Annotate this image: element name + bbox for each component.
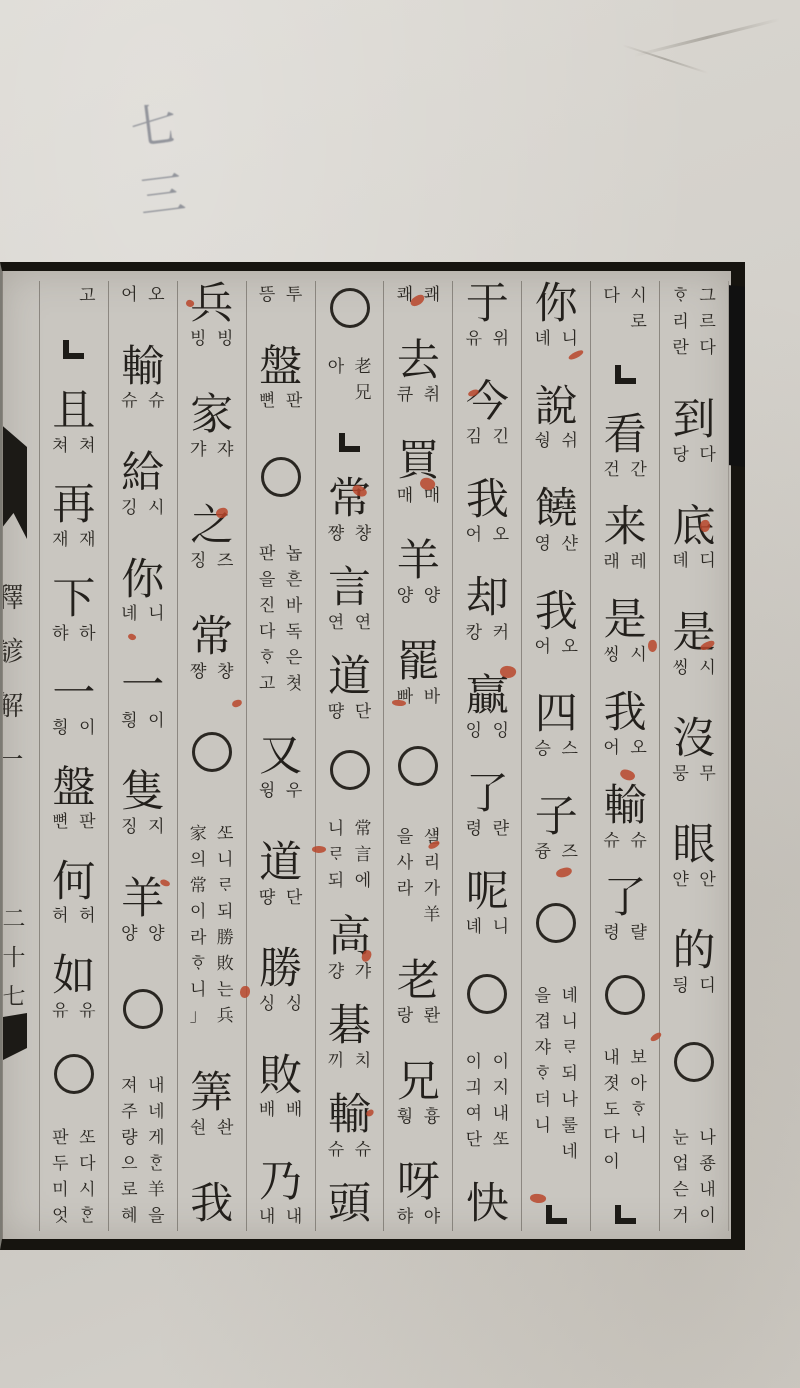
translation-char: 슨: [667, 1177, 694, 1203]
hanja-char: 高: [328, 916, 371, 960]
translation-char: ᄯᅩ: [74, 1125, 101, 1151]
translation-row: 니常: [323, 816, 377, 842]
hanja-unit: 再재재: [47, 484, 101, 552]
gloss-char: 령: [598, 921, 625, 945]
translation-row: 미시: [47, 1177, 101, 1203]
hanja-unit: 呢녜니: [460, 871, 514, 939]
translation-row: 졋아: [598, 1071, 652, 1097]
pronunciation-gloss-pair: 양양: [116, 922, 170, 946]
translation-char: 겹: [529, 1009, 556, 1035]
translation-char: 言: [350, 842, 377, 868]
translation-row: 이이: [460, 1049, 514, 1075]
translation-row: 다시: [598, 283, 652, 309]
hanja-char: 羊: [121, 878, 164, 922]
translation-row: 라가: [391, 876, 445, 902]
translation-row: 라勝: [185, 925, 239, 951]
pronunciation-gloss-pair: 연연: [323, 611, 377, 635]
gloss-char: 슈: [598, 829, 625, 853]
translation-char: 내: [143, 1073, 170, 1099]
hanja-unit: 看건간: [598, 414, 652, 482]
translation-char: 사: [391, 850, 418, 876]
translation-char: 되: [556, 1061, 583, 1087]
hanja-char: 一: [121, 665, 164, 709]
pronunciation-gloss-pair: 김긴: [460, 425, 514, 449]
quote-close-mark: [63, 340, 84, 359]
gloss-char: 스: [556, 737, 583, 761]
gloss-char: 끼: [323, 1049, 350, 1073]
hanja-unit: 下햐하: [47, 578, 101, 646]
translation-char: 더: [529, 1087, 556, 1113]
translation-char: 을: [254, 567, 281, 593]
gloss-char: 양: [418, 584, 445, 608]
translation-row: 다독: [254, 619, 308, 645]
gloss-char: 캉: [460, 621, 487, 645]
hanja-char: 我: [466, 479, 509, 523]
circle-marker: [330, 750, 370, 790]
pronunciation-gloss-pair: 걍갸: [323, 960, 377, 984]
translation-char: ᄅᆞ: [556, 1035, 583, 1061]
hanja-char: 到: [673, 399, 716, 443]
gloss-char: 어: [460, 523, 487, 547]
translation-row: 긔지: [460, 1075, 514, 1101]
translation-char: 업: [667, 1151, 694, 1177]
gloss-char: 오: [556, 635, 583, 659]
gloss-char: 큐: [391, 383, 418, 407]
hanja-char: 羊: [397, 540, 440, 584]
gloss-char: 양: [143, 922, 170, 946]
gloss-char: 다: [694, 443, 721, 467]
translation-char: [625, 1149, 652, 1175]
pronunciation-gloss-pair: 숸솬: [185, 1116, 239, 1140]
gloss-char: 슈: [116, 389, 143, 413]
gloss-char: 싱: [254, 992, 281, 1016]
pronunciation-gloss-pair: 뭉무: [667, 762, 721, 786]
margin-char: 七: [3, 977, 26, 1016]
gloss-char: 뜽: [254, 283, 281, 307]
pronunciation-gloss-pair: 녜니: [460, 915, 514, 939]
gloss-char: 판: [281, 389, 308, 413]
translation-char: 니: [323, 816, 350, 842]
gloss-char: 판: [74, 810, 101, 834]
translation-char: [598, 309, 625, 335]
hanja-char: 眼: [673, 824, 716, 868]
pronunciation-gloss-pair: 즁즈: [529, 840, 583, 864]
translation-row: 을녜: [529, 983, 583, 1009]
translation-gloss: 고: [47, 283, 101, 309]
translation-char: 老: [350, 354, 377, 380]
translation-char: 을: [529, 983, 556, 1009]
translation-char: 이: [487, 1049, 514, 1075]
hanja-unit: 我어오: [529, 591, 583, 659]
translation-gloss: 다시로: [598, 283, 652, 335]
translation-char: 羊: [143, 1177, 170, 1203]
translation-char: ᄒᆞᆫ: [143, 1151, 170, 1177]
hanja-char: 老: [397, 960, 440, 1004]
translation-char: ᄯᅩ: [212, 821, 239, 847]
translation-char: 는: [212, 977, 239, 1003]
gloss-char: 디: [694, 974, 721, 998]
gloss-char: 니: [556, 327, 583, 351]
gloss-char: 바: [418, 685, 445, 709]
translation-char: 고: [254, 671, 281, 697]
hanja-unit: 我어오: [598, 692, 652, 760]
translation-row: 혜을: [116, 1203, 170, 1229]
translation-char: ᄅᆞ: [323, 842, 350, 868]
gloss-char: 지: [143, 815, 170, 839]
translation-char: 눈: [667, 1125, 694, 1151]
pronunciation-gloss-pair: 유유: [47, 999, 101, 1023]
hanja-unit: 了령랸: [460, 773, 514, 841]
translation-row: 으ᄒᆞᆫ: [116, 1151, 170, 1177]
translation-char: 니: [212, 847, 239, 873]
hanja-unit: 兵빙빙: [185, 283, 239, 351]
gloss-char: 유: [74, 999, 101, 1023]
hanja-char: 常: [328, 478, 371, 522]
text-column-5: 쾌쾌去큐취買매매羊양양罷빠바을섈사리라가羊老랑롼兄훵흉呀햐야: [383, 281, 452, 1231]
gloss-char: 양: [116, 922, 143, 946]
gloss-char: 령: [460, 817, 487, 841]
handwritten-char: 七: [127, 90, 181, 164]
translation-char: 놉: [281, 541, 308, 567]
translation-char: 아: [323, 354, 350, 380]
gloss-char: 내: [254, 1205, 281, 1229]
pronunciation-gloss-pair: 어오: [598, 736, 652, 760]
hanja-char: 饒: [535, 488, 578, 532]
hanja-char: 輸: [121, 346, 164, 390]
pronunciation-gloss-pair: 영샨: [529, 532, 583, 556]
circle-marker: [123, 989, 163, 1029]
translation-row: 도ᄒᆞ: [598, 1097, 652, 1123]
hanja-unit: 盤뼌판: [47, 767, 101, 835]
translation-char: 을: [143, 1203, 170, 1229]
translation-char: ᄒᆞ: [529, 1061, 556, 1087]
hanja-char: 又: [259, 735, 302, 779]
translation-char: 거: [667, 1203, 694, 1229]
gloss-char: 시: [143, 496, 170, 520]
translation-char: 아: [625, 1071, 652, 1097]
translation-row: 판ᄯᅩ: [47, 1125, 101, 1151]
gloss-char: 윙: [254, 779, 281, 803]
translation-char: 常: [185, 873, 212, 899]
hanja-unit: 底뎨디: [667, 506, 721, 574]
text-column-9: 어오輸슈슈給깅시你녜니一힁이隻징지羊양양져내주네량게으ᄒᆞᆫ로羊혜을: [108, 281, 177, 1231]
pronunciation-gloss-pair: 당다: [667, 443, 721, 467]
hanja-unit: 一힁이: [116, 665, 170, 733]
quote-close-mark: [615, 1205, 636, 1224]
margin-char: 一: [2, 733, 24, 787]
gloss-char: 챵: [350, 522, 377, 546]
gloss-char: 어: [529, 635, 556, 659]
gloss-char: 승: [529, 737, 556, 761]
translation-char: [323, 380, 350, 406]
hanja-unit: 言연연: [323, 567, 377, 635]
hanja-char: 盤: [52, 767, 95, 811]
hanja-char: 了: [604, 877, 647, 921]
pronunciation-gloss-pair: 내내: [254, 1205, 308, 1229]
translation-row: 이되: [185, 899, 239, 925]
hanja-char: 再: [52, 484, 95, 528]
translation-row: 진바: [254, 593, 308, 619]
hanja-unit: 羊양양: [391, 540, 445, 608]
gloss-char: 위: [487, 327, 514, 351]
gloss-char: 내: [281, 1205, 308, 1229]
translation-char: 졋: [598, 1071, 625, 1097]
translation-row: 단ᄯᅩ: [460, 1127, 514, 1153]
translation-char: 이: [460, 1049, 487, 1075]
translation-row: 두다: [47, 1151, 101, 1177]
translation-char: 되: [323, 868, 350, 894]
carried-gloss-pair: 어오: [116, 283, 170, 307]
hanja-char: 看: [604, 414, 647, 458]
pronunciation-gloss-pair: 쉉쉬: [529, 429, 583, 453]
gloss-char: 훵: [391, 1105, 418, 1129]
translation-gloss: 내보졋아도ᄒᆞ다니이: [598, 1045, 652, 1175]
translation-char: ᄒᆞ: [185, 951, 212, 977]
pronunciation-gloss-pair: 뎨디: [667, 549, 721, 573]
gloss-char: 니: [143, 602, 170, 626]
hanja-char: 却: [466, 577, 509, 621]
translation-char: 다: [74, 1151, 101, 1177]
hanja-char: 了: [466, 773, 509, 817]
hanja-unit: 家갸쟈: [185, 394, 239, 462]
gloss-char: 녜: [460, 915, 487, 939]
hanja-char: 是: [604, 599, 647, 643]
hanja-unit: 買매매: [391, 440, 445, 508]
pronunciation-gloss-pair: 딍디: [667, 974, 721, 998]
translation-char: 에: [350, 868, 377, 894]
gloss-char: 쾌: [391, 283, 418, 307]
hanja-char: 沒: [673, 718, 716, 762]
translation-row: 판놉: [254, 541, 308, 567]
hanja-unit: 高걍갸: [323, 916, 377, 984]
gloss-char: 슈: [625, 829, 652, 853]
hanja-unit: 一힁이: [47, 673, 101, 741]
circle-marker: [467, 974, 507, 1014]
text-column-10: 고且쳐쳐再재재下햐하一힁이盤뼌판何허허如유유판ᄯᅩ두다미시엇ᄒᆞᆫ: [39, 281, 108, 1231]
translation-char: 리: [667, 309, 694, 335]
gloss-char: 단: [350, 700, 377, 724]
hanja-unit: 敗배배: [254, 1055, 308, 1123]
translation-char: 로: [116, 1177, 143, 1203]
hanja-char: 道: [259, 842, 302, 886]
gloss-char: 단: [281, 886, 308, 910]
scanned-book-page: { "document": { "kind": "woodblock-print…: [0, 0, 800, 1388]
gloss-char: 빙: [185, 327, 212, 351]
pronunciation-gloss-pair: 유위: [460, 327, 514, 351]
pronunciation-gloss-pair: 뼌판: [47, 810, 101, 834]
hanja-char: 兵: [190, 283, 233, 327]
hanja-unit: 你녜니: [116, 559, 170, 627]
hanja-char: 給: [121, 452, 164, 496]
translation-row: ᄒᆞ그: [667, 283, 721, 309]
translation-row: 내보: [598, 1045, 652, 1071]
translation-char: 섈: [418, 824, 445, 850]
gloss-char: 쨩: [323, 522, 350, 546]
translation-char: ᄯᅩ: [487, 1127, 514, 1153]
centerfold-margin: 釋諺解一 二十七: [2, 271, 37, 1239]
pronunciation-gloss-pair: 햐야: [391, 1205, 445, 1229]
translation-char: 니: [529, 1113, 556, 1139]
translation-char: 내: [694, 1177, 721, 1203]
gloss-char: 연: [350, 611, 377, 635]
translation-char: 쳣: [281, 671, 308, 697]
leaf-number: 二十七: [2, 899, 27, 1016]
quote-close-mark: [339, 433, 360, 452]
pronunciation-gloss-pair: 땽단: [254, 886, 308, 910]
pronunciation-gloss-pair: 잉잉: [460, 719, 514, 743]
hanja-unit: 筭숸솬: [185, 1072, 239, 1140]
hanja-char: 快: [466, 1183, 509, 1227]
translation-char: 두: [47, 1151, 74, 1177]
translation-char: 을: [391, 824, 418, 850]
hanja-char: 四: [535, 693, 578, 737]
gloss-char: 뎨: [667, 549, 694, 573]
translation-gloss: ᄒᆞ그리르란다: [667, 283, 721, 361]
translation-char: 그: [694, 283, 721, 309]
hanja-unit: 的딍디: [667, 930, 721, 998]
hanja-char: 下: [52, 578, 95, 622]
translation-row: 여내: [460, 1101, 514, 1127]
gloss-char: 오: [487, 523, 514, 547]
translation-char: [391, 902, 418, 928]
translation-row: 량게: [116, 1125, 170, 1151]
gloss-char: 얀: [667, 868, 694, 892]
hanja-char: 乃: [259, 1161, 302, 1205]
gloss-char: 디: [694, 549, 721, 573]
translation-row: 눈나: [667, 1125, 721, 1151]
translation-char: 시: [74, 1177, 101, 1203]
translation-char: ᄒᆞ: [667, 283, 694, 309]
translation-row: 고: [47, 283, 101, 309]
hanja-char: 之: [190, 505, 233, 549]
hanja-char: 的: [673, 930, 716, 974]
hanja-char: 是: [673, 612, 716, 656]
translation-row: 의니: [185, 847, 239, 873]
gloss-char: 녜: [529, 327, 556, 351]
gloss-char: 징: [185, 549, 212, 573]
gloss-char: 뼌: [47, 810, 74, 834]
hanja-char: 碁: [328, 1005, 371, 1049]
translation-char: 져: [116, 1073, 143, 1099]
translation-row: 兄: [323, 380, 377, 406]
hanja-char: 来: [604, 506, 647, 550]
hanja-unit: 兄훵흉: [391, 1061, 445, 1129]
gloss-char: 랑: [391, 1004, 418, 1028]
hanja-unit: 今김긴: [460, 381, 514, 449]
translation-char: [529, 1139, 556, 1165]
pronunciation-gloss-pair: 햐하: [47, 622, 101, 646]
gloss-char: 슈: [350, 1138, 377, 1162]
gloss-char: 딍: [667, 974, 694, 998]
pronunciation-gloss-pair: 얀안: [667, 868, 721, 892]
hanja-char: 我: [535, 591, 578, 635]
translation-char: 판: [254, 541, 281, 567]
translation-row: 常ᄅᆞ: [185, 873, 239, 899]
translation-gloss: 아老兄: [323, 354, 377, 406]
pronunciation-gloss-pair: 훵흉: [391, 1105, 445, 1129]
hanja-char: 頭: [328, 1183, 371, 1227]
gloss-char: 빠: [391, 685, 418, 709]
gloss-char: 시: [625, 643, 652, 667]
gloss-char: 어: [598, 736, 625, 760]
margin-char: 十: [3, 938, 26, 977]
gloss-char: 이: [74, 716, 101, 740]
gloss-char: 허: [47, 904, 74, 928]
pronunciation-gloss-pair: 건간: [598, 458, 652, 482]
hanja-unit: 輸슈슈: [323, 1094, 377, 1162]
gloss-char: 영: [529, 532, 556, 556]
translation-char: 다: [598, 283, 625, 309]
margin-char: 二: [3, 899, 26, 938]
gloss-char: 배: [254, 1098, 281, 1122]
gloss-char: 쾌: [418, 283, 445, 307]
circle-marker: [261, 457, 301, 497]
pronunciation-gloss-pair: 랑롼: [391, 1004, 445, 1028]
circle-marker: [536, 903, 576, 943]
hanja-unit: 常쨩챵: [185, 616, 239, 684]
translation-char: 」: [185, 1003, 212, 1029]
gloss-char: 간: [625, 458, 652, 482]
translation-char: 보: [625, 1045, 652, 1071]
translation-char: ᄒᆞ: [254, 645, 281, 671]
gloss-char: 당: [667, 443, 694, 467]
gloss-char: 씽: [598, 643, 625, 667]
translation-char: 고: [74, 283, 101, 309]
translation-char: 시: [625, 283, 652, 309]
hanja-unit: 到당다: [667, 399, 721, 467]
translation-gloss: 을녜겹니쟈ᄅᆞᄒᆞ되더나니룰네: [529, 983, 583, 1165]
translation-gloss: 판놉을흔진바다독ᄒᆞ은고쳣: [254, 541, 308, 697]
gloss-char: 햐: [47, 622, 74, 646]
translation-row: 겹니: [529, 1009, 583, 1035]
gloss-char: 시: [694, 656, 721, 680]
gloss-char: 쳐: [74, 434, 101, 458]
gloss-char: 하: [74, 622, 101, 646]
translation-char: 니: [185, 977, 212, 1003]
hanja-char: 何: [52, 861, 95, 905]
carried-gloss-pair: 쾌쾌: [391, 283, 445, 307]
hanja-unit: 罷빠바: [391, 641, 445, 709]
gloss-char: 즈: [556, 840, 583, 864]
pronunciation-gloss-pair: 끼치: [323, 1049, 377, 1073]
translation-char: 녜: [556, 983, 583, 1009]
translation-row: 고쳣: [254, 671, 308, 697]
pronunciation-gloss-pair: 녜니: [116, 602, 170, 626]
pronunciation-gloss-pair: 재재: [47, 528, 101, 552]
text-column-3: 你녜니說쉉쉬饒영샨我어오四승스子즁즈을녜겹니쟈ᄅᆞᄒᆞ되더나니룰네: [521, 281, 590, 1231]
circle-marker: [54, 1054, 94, 1094]
gloss-char: 숸: [185, 1116, 212, 1140]
margin-char: 釋: [2, 571, 24, 625]
gloss-char: 녜: [116, 602, 143, 626]
translation-char: 흔: [281, 567, 308, 593]
gloss-char: 햐: [391, 1205, 418, 1229]
gloss-char: 즁: [529, 840, 556, 864]
gloss-char: 힁: [47, 716, 74, 740]
gloss-char: 씽: [667, 656, 694, 680]
translation-row: 더나: [529, 1087, 583, 1113]
translation-char: 으: [116, 1151, 143, 1177]
gloss-char: 징: [116, 815, 143, 839]
hanja-char: 輸: [328, 1094, 371, 1138]
pronunciation-gloss-pair: 윙우: [254, 779, 308, 803]
gloss-char: 솬: [212, 1116, 239, 1140]
hanja-unit: 我: [190, 1183, 233, 1229]
pronunciation-gloss-pair: 힁이: [116, 709, 170, 733]
translation-char: 가: [418, 876, 445, 902]
hanja-char: 說: [535, 386, 578, 430]
translation-char: 도: [598, 1097, 625, 1123]
